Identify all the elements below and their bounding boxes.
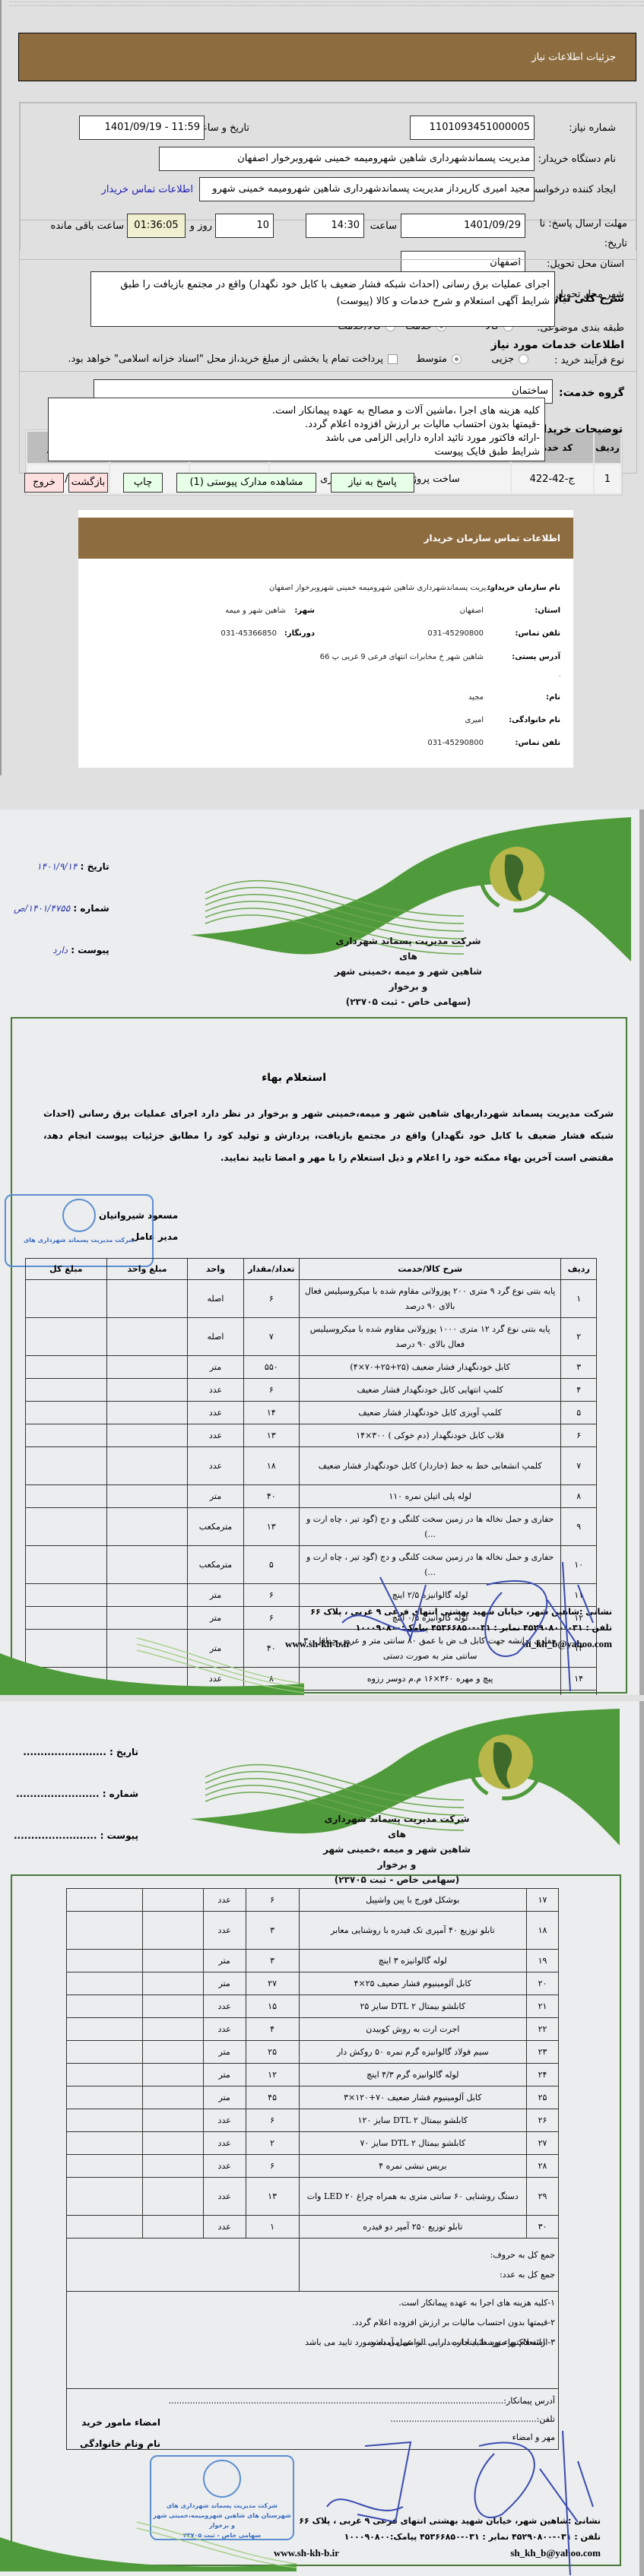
col-row: ردیف: [595, 432, 620, 463]
creator-phone-value: 031-45290800: [427, 739, 484, 747]
table-row: 1 ج-42-422 ساخت پروژه‌های تاسیسات شهری پ…: [27, 464, 620, 493]
table-row: ۲۵کابل آلومینیوم فشار ضعیف ۷۰+۱۲۰×۳۴۵متر: [67, 2086, 559, 2109]
table-row: ۳کابل خودنگهدار فشار ضعیف (۲۵+۲۵+۷۰×۴)۵۵…: [26, 1356, 597, 1379]
table-row: ۹حفاری و حمل نخاله ها در زمین سخت کلنگی …: [26, 1508, 597, 1546]
table-row: ۲۴لوله گالوانیزه گرم ۴/۳ اینچ۱۲متر: [67, 2064, 559, 2086]
org-label: نام سازمان خریدار:: [487, 584, 560, 592]
footer-wave-icon: [0, 1608, 319, 1695]
letter-title: استعلام بهاء: [262, 1072, 326, 1084]
footer-wave-icon: [0, 2507, 304, 2571]
table-row: ۲پایه بتنی نوع گرد ۱۲ متری ۱۰۰۰ پوزولانی…: [26, 1318, 597, 1356]
fax-value: 031-45366850: [220, 629, 277, 638]
phone-label: تلفن تماس:: [515, 629, 560, 638]
print-button[interactable]: چاپ: [123, 473, 163, 493]
totals-row: جمع کل به حروف: جمع کل به عدد:: [67, 2239, 559, 2292]
table-row: ۲۰کابل آلومینیوم فشار ضعیف ۲۵×۴۲۷متر: [67, 1972, 559, 1995]
letter-number: شماره : ۱۴۰۱/۴۷۵۵/ص: [14, 888, 109, 930]
creator-info: نام: مجید نام خانوادگی: امیری تلفن تماس:…: [78, 676, 573, 768]
services-heading: اطلاعات خدمات مورد نیاز: [491, 339, 624, 351]
page-left-border: [0, 0, 2, 775]
exit-button[interactable]: خروج: [24, 473, 64, 493]
page-title: جزئیات اطلاعات نیاز: [531, 52, 616, 63]
view-attachments-button[interactable]: مشاهده مدارک پیوستی (1): [176, 473, 316, 493]
table-row: ۲۶کابلشو بیمتال DTL ۲ سایز ۱۲۰۶عدد: [67, 2109, 559, 2132]
first-name-value: مجید: [468, 693, 484, 702]
letter-body: شرکت مدیریت پسماند شهرداریهای شاهین شهر …: [43, 1103, 614, 1169]
signature-scribble-icon: [312, 2423, 616, 2575]
table-row: ۲۷کابلشو بیمتال DTL ۲ سایز ۷۰۲عدد: [67, 2132, 559, 2155]
first-name-label: نام:: [546, 693, 560, 702]
buyer-notes-field[interactable]: کلیه هزینه های اجرا ،ماشین آلات و مصالح …: [48, 398, 545, 461]
table-row: ۲۳سیم فولاد گالوانیزه گرم نمره ۵۰ روکش د…: [67, 2041, 559, 2064]
table-row: ۱۸تابلو توزیع ۴۰ آمپری تک فیدره با روشنا…: [67, 1912, 559, 1950]
company-stamp: شرکت مدیریت پسماند شهرداری های: [5, 1194, 154, 1267]
address-value: شاهین شهر خ مخابرات انتهای فرعی 9 غربی پ…: [320, 653, 484, 661]
buyer-notes-label: توضیحات خریدار:: [533, 423, 623, 436]
back-button[interactable]: بازگشت: [68, 473, 108, 493]
address-label: آدرس پستی:: [512, 653, 560, 661]
province-value: اصفهان: [460, 607, 484, 615]
table-row: ۳۰تابلو توزیع ۲۵۰ آمپر دو فیدره۱عدد: [67, 2216, 559, 2239]
table-row: ۱۹لوله گالوانیزه ۳ اینچ۳متر: [67, 1950, 559, 1972]
last-name-label: نام خانوادگی:: [509, 716, 560, 724]
table-row: ۲۲اجرت ارت به روش کوبیدن۴عدد: [67, 2018, 559, 2041]
page-title-bar: جزئیات اطلاعات نیاز: [18, 33, 636, 81]
company-name: شرکت مدیریت پسماند شهرداری های شاهین شهر…: [332, 933, 484, 1009]
letter-meta: تاریخ : ۱۴۰۱/۹/۱۴ شماره : ۱۴۰۱/۴۷۵۵/ص پی…: [14, 846, 109, 971]
last-name-value: امیری: [465, 716, 484, 724]
creator-phone-label: تلفن تماس:: [515, 739, 560, 747]
table-row: ۷کلمپ انشعابی خط به خط (خاردار) کابل خود…: [26, 1447, 597, 1485]
service-group-label: گروه خدمت:: [559, 387, 624, 399]
signature-scribble-icon: [319, 1554, 623, 1691]
top-divider: [9, 2, 644, 6]
fax-label: دورنگار:: [284, 629, 315, 638]
city-label: شهر:: [294, 607, 315, 615]
recycle-globe-logo-icon: [475, 825, 559, 927]
table-row: ۲۸بریس نبشی نمره ۴۶عدد: [67, 2155, 559, 2178]
city-value: شاهین شهر و میمه: [225, 607, 286, 615]
phone-value: 031-45290800: [427, 629, 484, 638]
recycle-globe-logo-icon: [464, 1713, 547, 1811]
buyer-contact-title: اطلاعات تماس سازمان خریدار: [78, 518, 573, 559]
table-row: ۱۷بوشکل فورج با پین واشپیل۶عدد: [67, 1889, 559, 1912]
letter-date: تاریخ : ۱۴۰۱/۹/۱۴: [14, 846, 109, 888]
confirmation-text: استعلام بهاء توسط اینجانب...........به ع…: [305, 2337, 545, 2347]
table-row: ۱پایه بتنی نوع گرد ۹ متری ۲۰۰ پوزولانی م…: [26, 1280, 597, 1318]
table-row: ۴کلمپ انتهایی کابل خودنگهدار فشار ضعیف۶ع…: [26, 1379, 597, 1402]
purchaser-signature: امضاء مامور خرید نام ونام خانوادگی: [80, 2412, 160, 2454]
table-row: ۶قلاب کابل خودنگهدار (دم خوکی ) ۳۰۰×۱۴۱۳…: [26, 1424, 597, 1447]
scanned-letter-page-2: شرکت مدیریت پسماند شهرداری های شاهین شهر…: [0, 1701, 644, 2576]
table-row: ۵کلمپ آویزی کابل خودنگهدار فشار ضعیف۱۴عد…: [26, 1402, 597, 1424]
summary-field[interactable]: اجرای عملیات برق رسانی (احداث شبکه فشار …: [90, 271, 555, 327]
province-label: استان:: [535, 607, 560, 615]
reply-button[interactable]: پاسخ به نیاز: [331, 473, 414, 493]
items-table-page-2: ۱۷بوشکل فورج با پین واشپیل۶عدد۱۸تابلو تو…: [66, 1888, 559, 2450]
table-row: ۸لوله پلی اتیلن نمره ۱۱۰۴۰متر: [26, 1485, 597, 1508]
table-row: ۲۹دستگ روشنایی ۶۰ سانتی متری به همراه چر…: [67, 2178, 559, 2216]
summary-label: شرح کلی نیاز:: [548, 293, 624, 305]
table-row: ۲۱کابلشو بیمتال DTL ۲ سایز ۲۵۱۵عدد: [67, 1995, 559, 2018]
scanned-letter-page-1: شرکت مدیریت پسماند شهرداری های شاهین شهر…: [0, 810, 644, 1695]
letter-meta-blank: تاریخ : ........................ شماره :…: [14, 1732, 138, 1857]
org-value: مدیریت پسماندشهرداری شاهین شهرومیمه خمین…: [269, 584, 494, 592]
letter-attachment: پیوست : دارد: [14, 930, 109, 971]
